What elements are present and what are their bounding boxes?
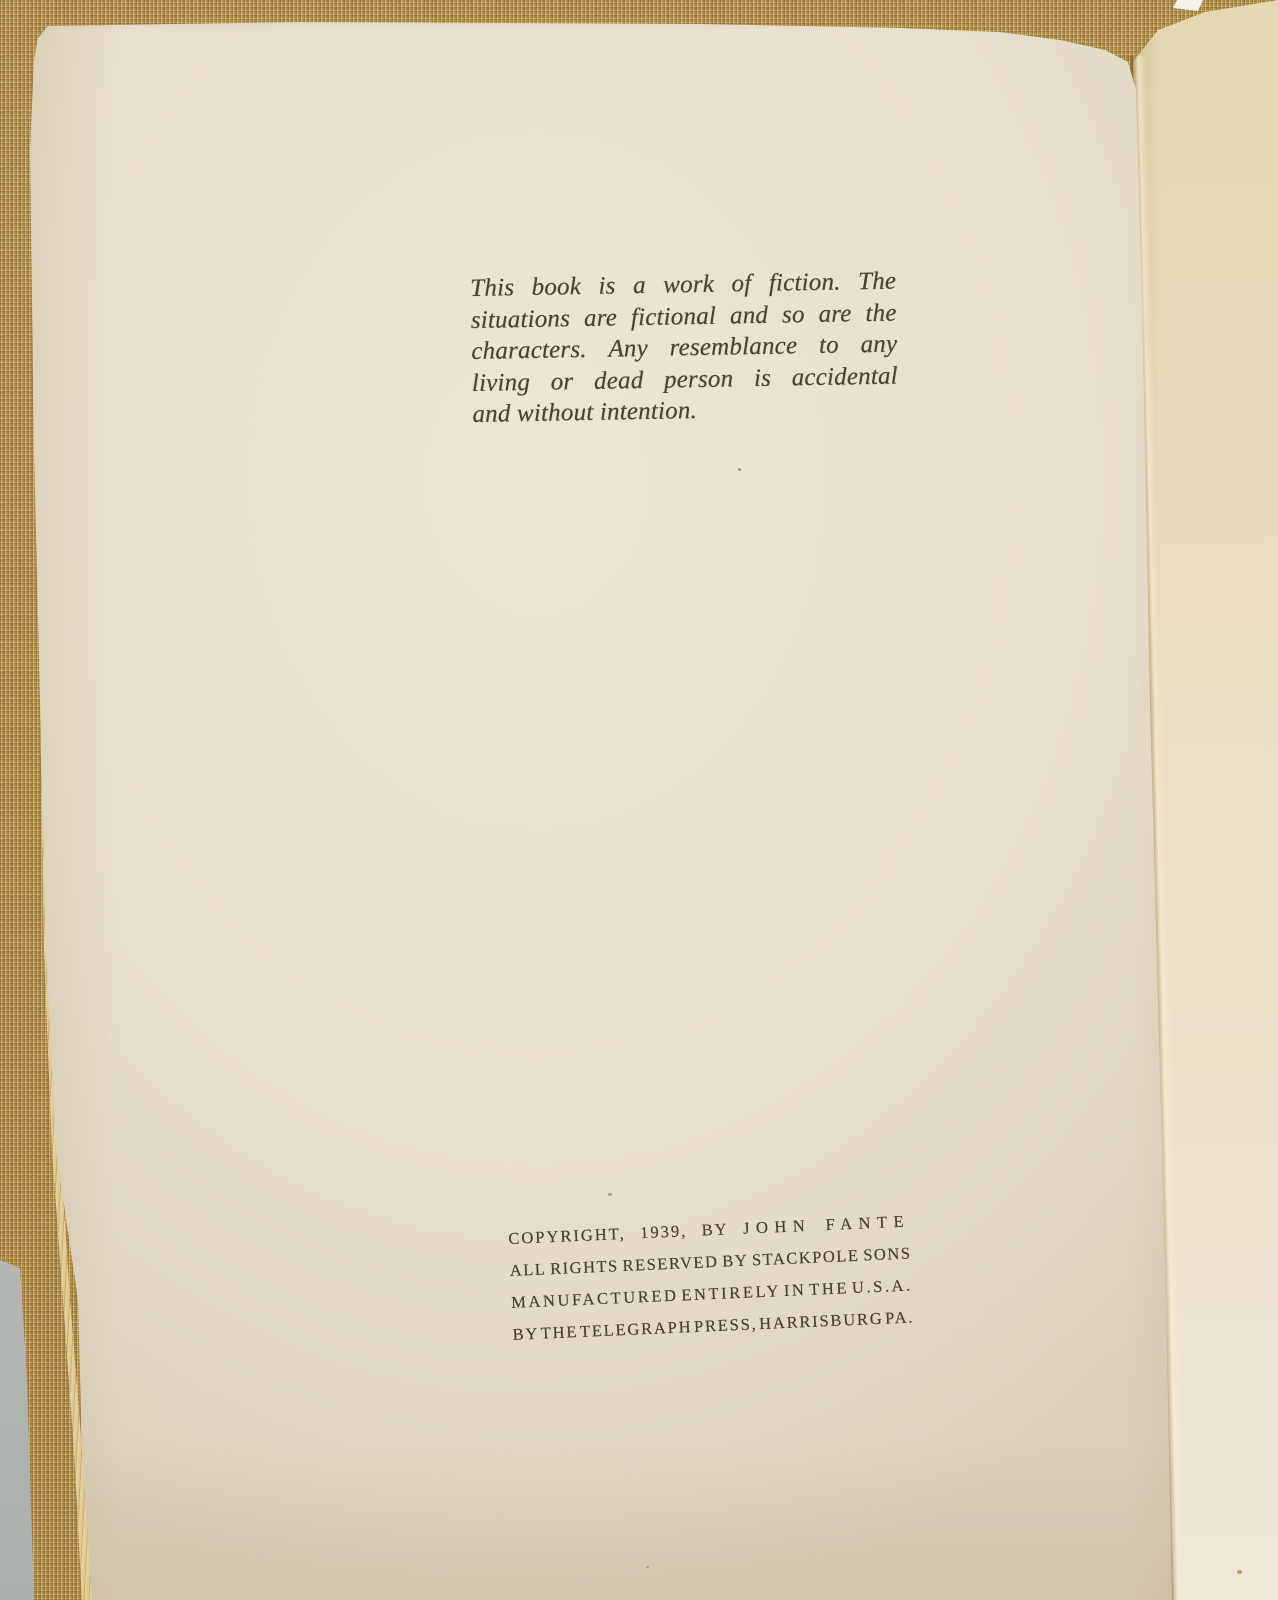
word: U.S.A.: [851, 1275, 913, 1295]
word: are: [584, 302, 618, 334]
word: resemblance: [669, 330, 797, 364]
word: IN: [783, 1280, 806, 1298]
copyright-line: BYTHETELEGRAPHPRESS,HARRISBURGPA.: [512, 1307, 914, 1342]
word: is: [754, 362, 772, 394]
word: fictional: [631, 300, 717, 333]
paper-speck: [738, 468, 741, 471]
copyright-word: COPYRIGHT,: [508, 1224, 626, 1246]
word: The: [858, 266, 897, 298]
word: the: [865, 297, 897, 329]
word: any: [860, 329, 897, 361]
copyright-block: COPYRIGHT, 1939, BY JOHN FANTE ALLRIGHTS…: [508, 1211, 915, 1356]
paper-speck: [646, 1566, 649, 1568]
word: MANUFACTURED: [511, 1286, 679, 1310]
word: a: [633, 270, 646, 302]
word: accidental: [791, 360, 898, 393]
copyright-line: ALLRIGHTSRESERVEDBYSTACKPOLESONS: [509, 1243, 911, 1278]
word: fiction.: [769, 267, 841, 300]
word: so: [782, 299, 805, 331]
copyright-line: MANUFACTUREDENTIRELYINTHEU.S.A.: [511, 1275, 913, 1310]
word: THE: [540, 1322, 578, 1341]
word: is: [598, 270, 616, 302]
author-name-word: FANTE: [825, 1211, 910, 1232]
word: HARRISBURG: [759, 1309, 884, 1331]
word: RIGHTS: [550, 1256, 619, 1276]
word: book: [531, 271, 581, 303]
word: TELEGRAPH: [580, 1317, 693, 1339]
word: THE: [809, 1278, 850, 1297]
word: work: [663, 269, 714, 301]
word: PA.: [885, 1307, 915, 1325]
word: STACKPOLE: [752, 1246, 860, 1268]
word: RESERVED: [622, 1252, 719, 1273]
word: SONS: [863, 1243, 912, 1262]
word: person: [664, 363, 734, 396]
copyright-word: 1939,: [640, 1221, 688, 1240]
word: are: [818, 298, 852, 330]
word: dead: [594, 364, 644, 396]
word: BY: [512, 1324, 539, 1342]
word: ALL: [509, 1259, 546, 1278]
paper-speck: [608, 1193, 612, 1196]
copyright-page: Thisbookisaworkoffiction.The situationsa…: [0, 0, 1278, 1600]
author-name-word: JOHN: [743, 1216, 812, 1236]
word: and: [730, 299, 769, 331]
word: BY: [722, 1251, 749, 1269]
word: or: [550, 366, 573, 398]
copyright-word: BY: [701, 1219, 729, 1237]
copyright-line: COPYRIGHT, 1939, BY JOHN FANTE: [508, 1211, 910, 1246]
word: of: [731, 268, 751, 300]
word: characters.: [471, 334, 587, 368]
disclaimer-line: and without intention.: [472, 392, 898, 431]
word: Any: [608, 333, 648, 365]
word: situations: [471, 303, 571, 336]
fiction-disclaimer: Thisbookisaworkoffiction.The situationsa…: [470, 266, 899, 431]
word: living: [472, 366, 531, 399]
book-photograph: Thisbookisaworkoffiction.The situationsa…: [0, 0, 1278, 1600]
paper-speck: [1237, 1570, 1242, 1574]
word: to: [819, 330, 839, 362]
word: This: [470, 272, 514, 304]
word: ENTIRELY: [681, 1281, 781, 1302]
word: PRESS,: [694, 1314, 758, 1334]
